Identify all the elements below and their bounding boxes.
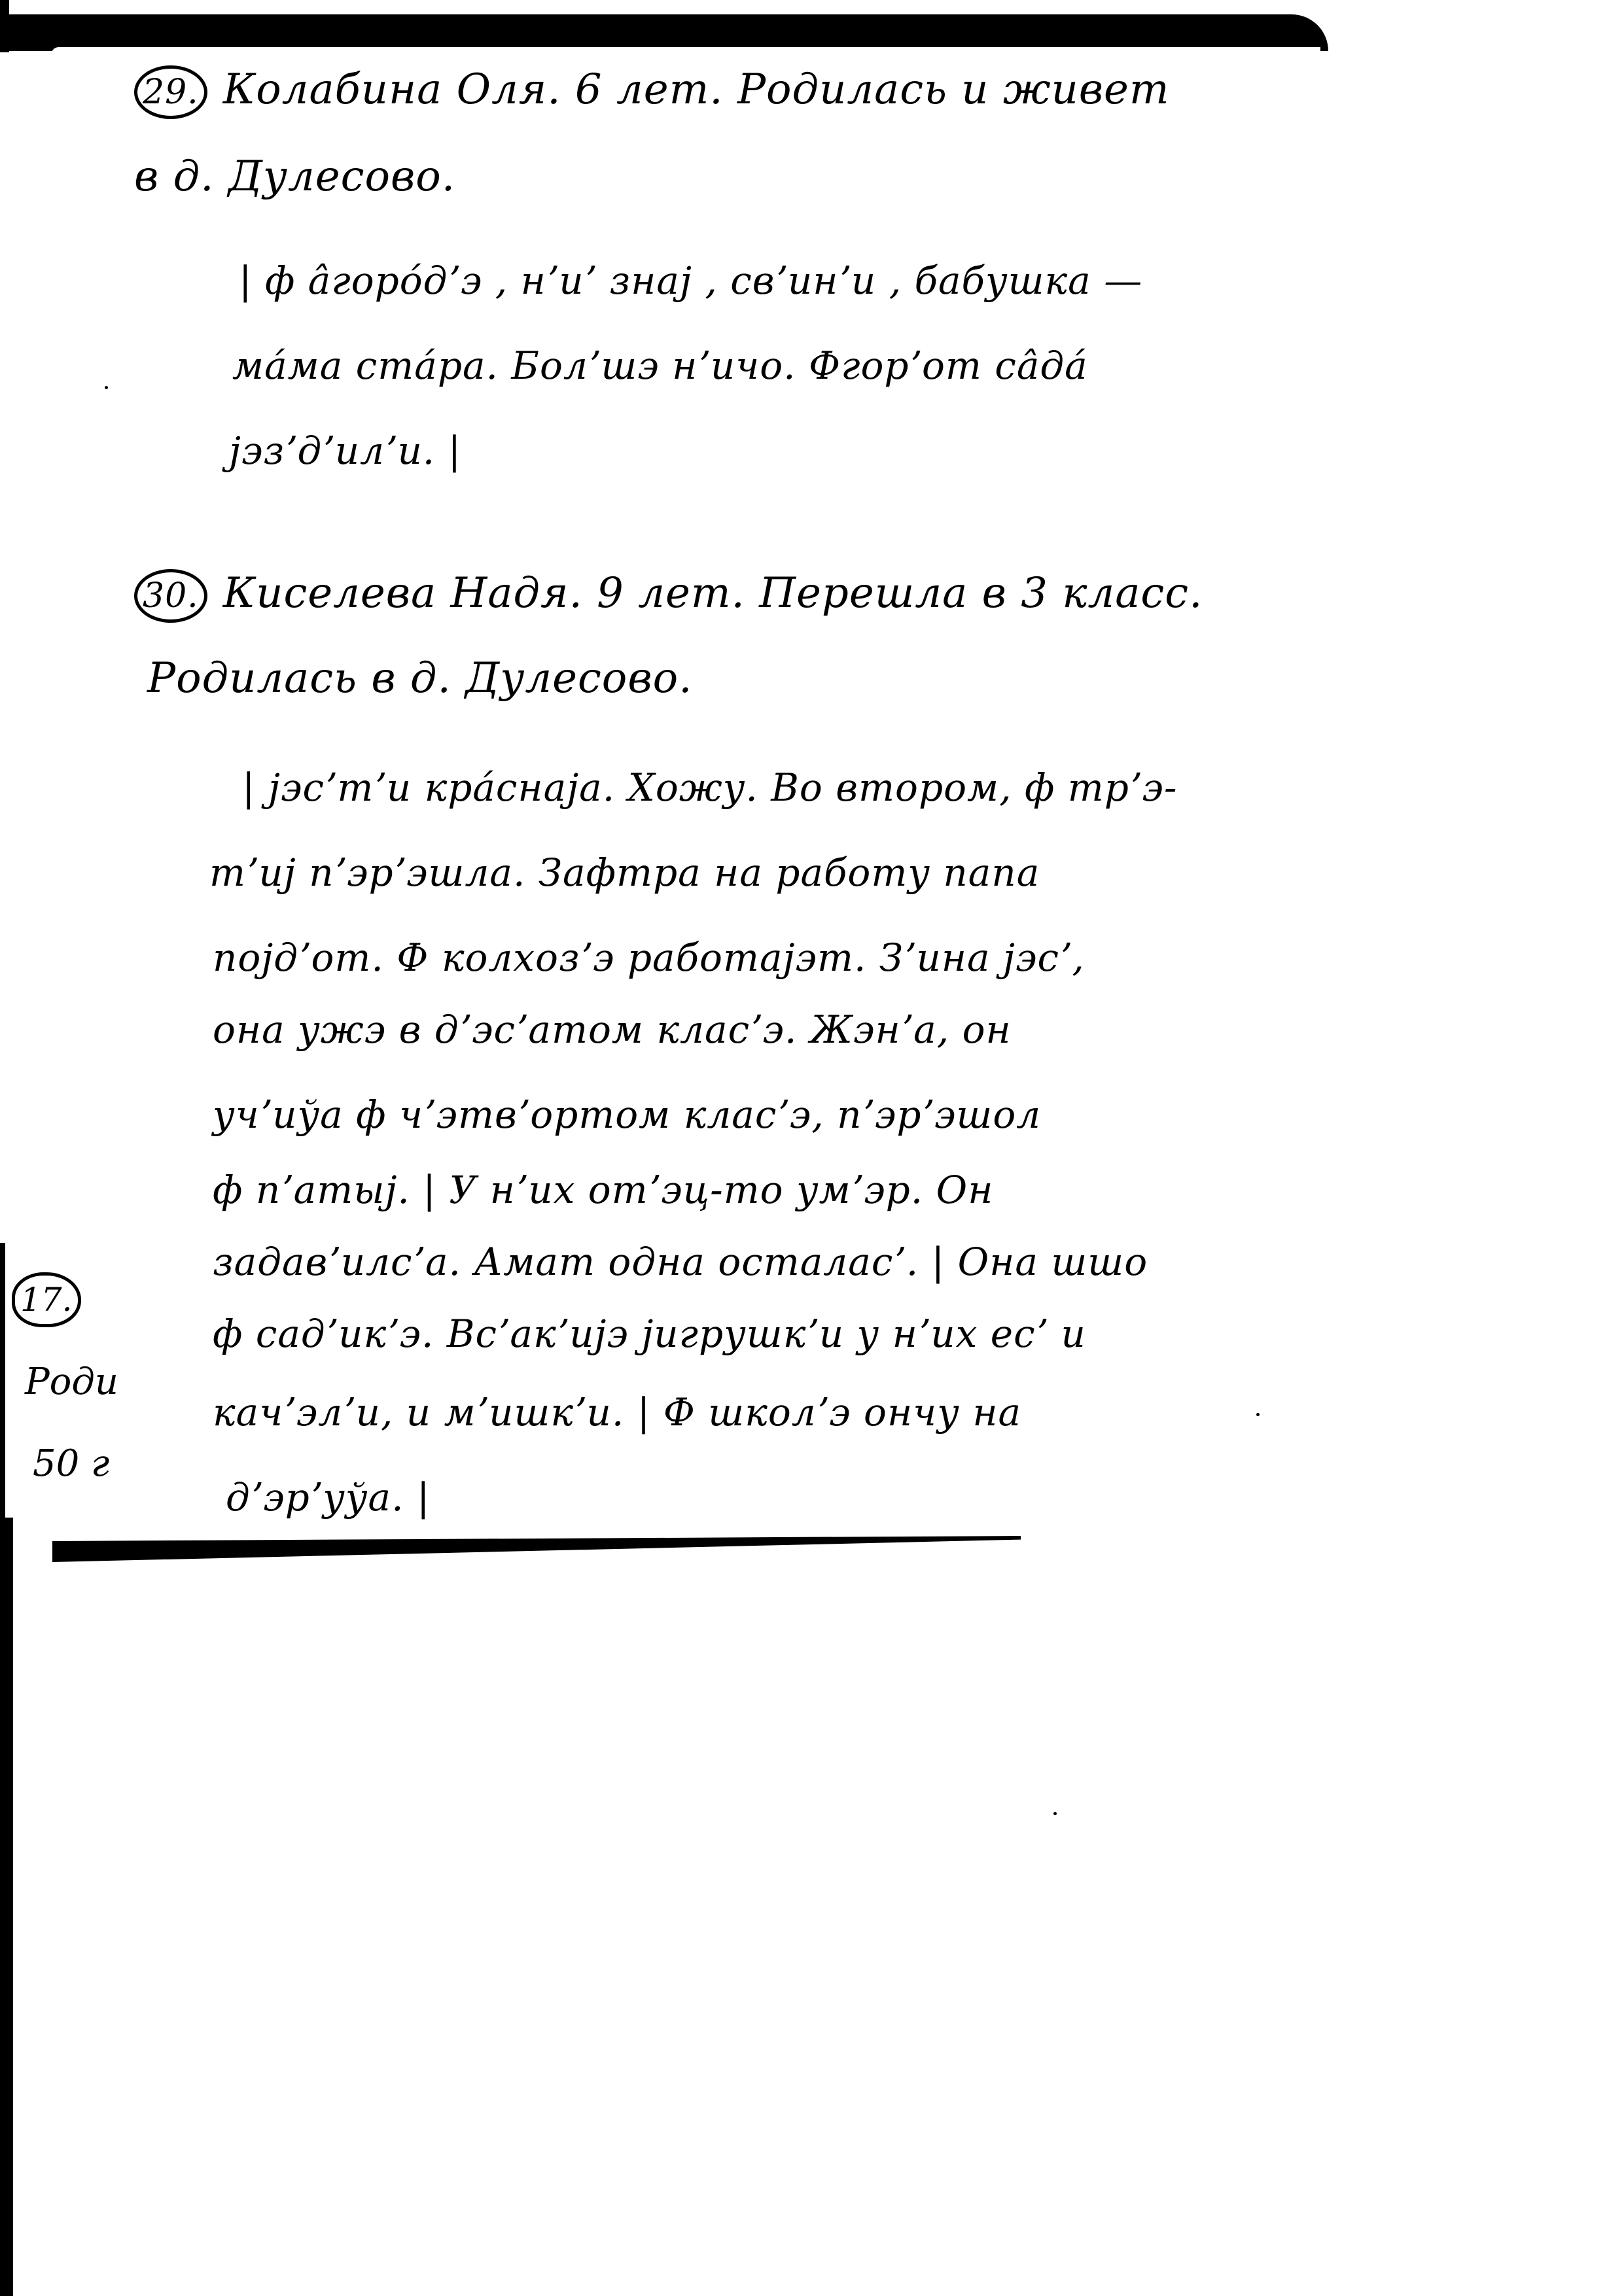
entry-30-text-line-4: она ужэ в дʼэсʼатом класʼэ. Жэнʼа, он	[213, 1011, 1012, 1049]
margin-number-badge: 17.	[12, 1272, 81, 1327]
margin-note-line-1: Роди	[25, 1361, 118, 1403]
entry-30-text-line-10: дʼэрʼуўа. |	[226, 1478, 431, 1516]
entry-30-text-line-7: задавʼилсʼа. Амат одна осталасʼ. | Она ш…	[213, 1243, 1148, 1281]
entry-29-text-line-2: мáма стáра. Болʼшэ нʼичо. Фгорʼот сâдá	[232, 347, 1088, 385]
entry-30-text-line-2: тʼиj пʼэрʼэшла. Зафтра на работу папа	[209, 854, 1040, 892]
scan-speck	[1256, 1413, 1260, 1416]
scan-border-left	[0, 1518, 13, 2296]
entry-30-header-line-2: Родилась в д. Дулесово.	[147, 657, 692, 699]
scan-border-bottom	[52, 1536, 1021, 1562]
entry-29-header-line-1: 29.Колабина Оля. 6 лет. Родилась и живет	[134, 65, 1170, 119]
entry-30-text-line-1: | jэсʼтʼи крáснаjа. Хожу. Во втором, ф т…	[242, 769, 1177, 807]
entry-30-text-line-5: учʼиўа ф чʼэтвʼортом класʼэ, пʼэрʼэшол	[213, 1096, 1041, 1134]
entry-header-text: Колабина Оля. 6 лет. Родилась и живет	[223, 65, 1170, 114]
entry-30-text-line-6: ф пʼатыj. | У нʼих отʼэц-то умʼэр. Он	[213, 1171, 993, 1209]
entry-30-header-line-1: 30.Киселева Надя. 9 лет. Перешла в 3 кла…	[134, 569, 1203, 623]
entry-number-badge: 29.	[134, 65, 207, 119]
entry-30-text-line-8: ф садʼикʼэ. Всʼакʼиjэ jигрушкʼи у нʼих е…	[213, 1315, 1086, 1353]
scan-speck	[105, 386, 108, 389]
scan-border-left-upper	[0, 1243, 5, 1531]
paper-edge	[51, 47, 1320, 56]
entry-30-text-line-3: поjдʼот. Ф колхозʼэ работаjэт. Зʼина jэс…	[213, 939, 1085, 977]
entry-header-text: Киселева Надя. 9 лет. Перешла в 3 класс.	[223, 569, 1203, 617]
entry-29-text-line-1: | ф âгорóдʼэ , нʼиʼ знаj , свʼинʼи , баб…	[239, 262, 1142, 300]
entry-number-badge: 30.	[134, 569, 207, 623]
entry-29-text-line-3: jэзʼдʼилʼи. |	[229, 432, 461, 470]
entry-29-header-line-2: в д. Дулесово.	[134, 156, 455, 198]
margin-note-line-2: 50 г	[33, 1442, 109, 1485]
margin-note-number: 17.	[12, 1272, 81, 1327]
scan-border-top	[0, 14, 1328, 51]
entry-30-text-line-9: качʼэлʼи, и мʼишкʼи. | Ф школʼэ ончу на	[213, 1393, 1021, 1431]
scan-speck	[1053, 1812, 1057, 1815]
